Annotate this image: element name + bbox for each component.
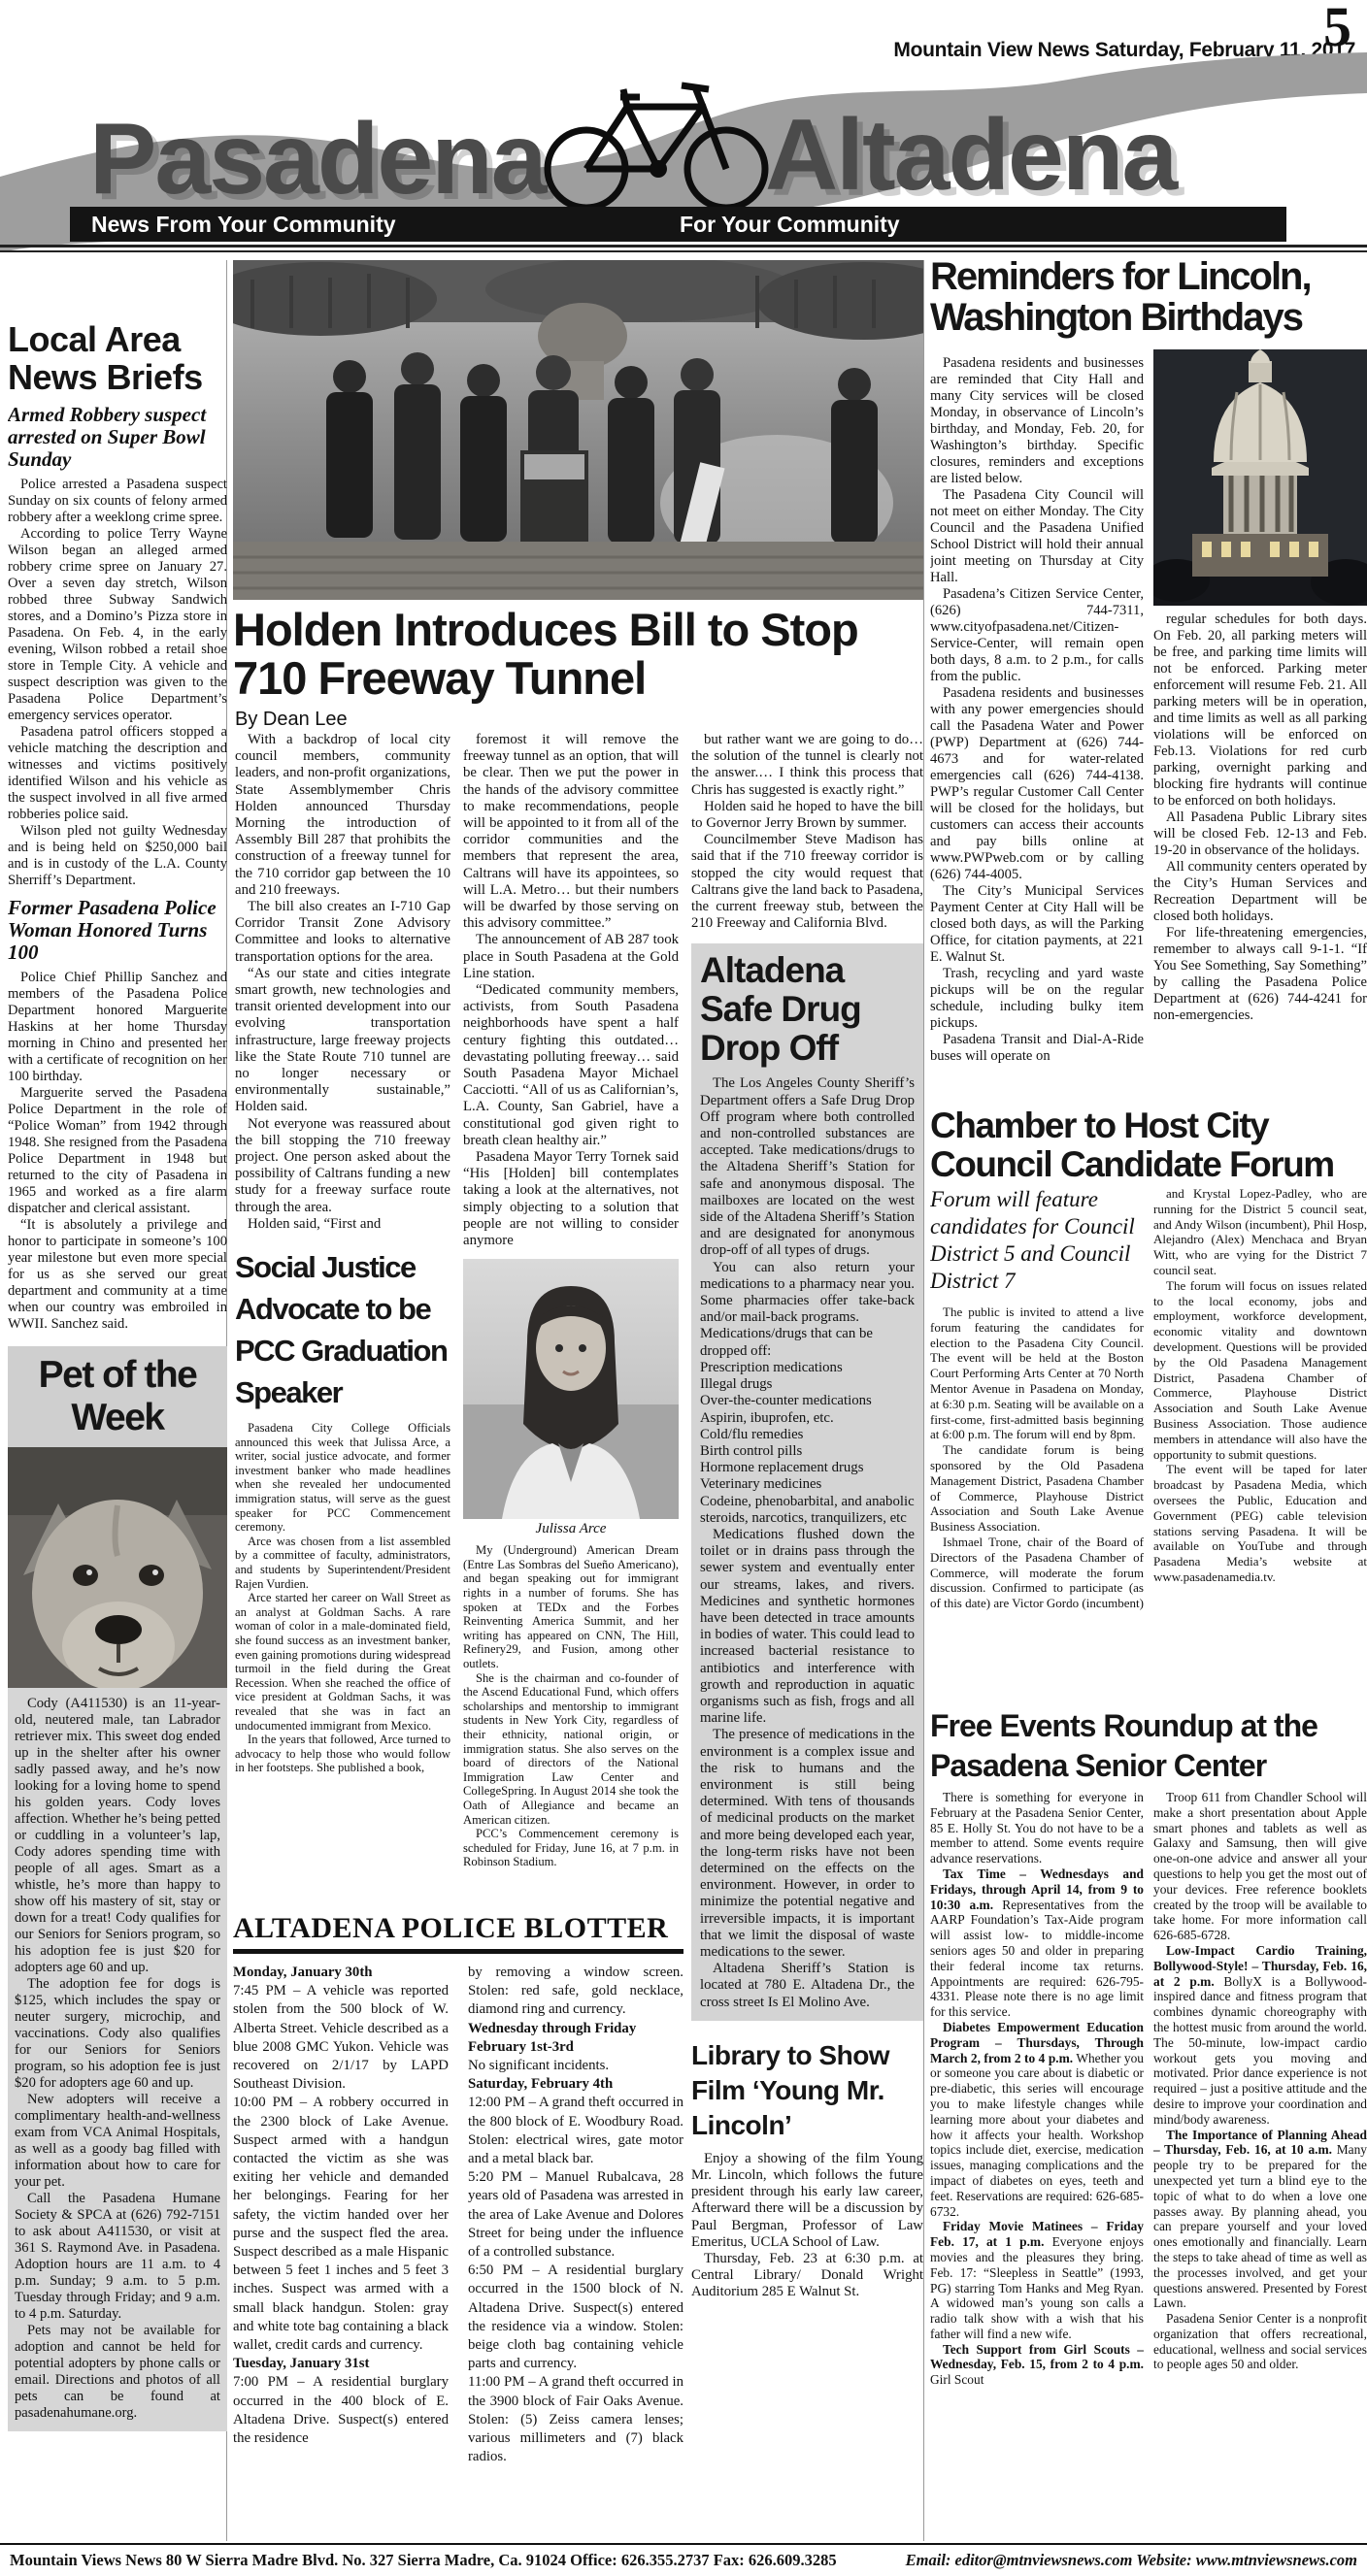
tagline-left: News From Your Community (91, 207, 396, 242)
brief-armed-robbery-text: Police arrested a Pasadena suspect Sunda… (8, 477, 227, 889)
blotter-col1: Monday, January 30th7:45 PM – A vehicle … (233, 1964, 449, 2466)
social-article-title: Social Justice Advocate to be PCC Gradua… (235, 1246, 450, 1413)
press-conference-photo (233, 260, 923, 600)
chamber-col1-text: The public is invited to attend a live f… (930, 1305, 1144, 1611)
brief-subhead-armed-robbery: Armed Robbery suspect arrested on Super … (8, 404, 227, 471)
banner-tagline-bar: News From Your Community For Your Commun… (70, 207, 1286, 242)
chamber-col2-text: and Krystal Lopez-Padley, who are runnin… (1153, 1186, 1367, 1585)
bicycle-icon (540, 60, 773, 215)
julissa-arce-photo (463, 1259, 679, 1519)
banner-title-pasadena: Pasadena (89, 109, 546, 210)
free-events-title: Free Events Roundup at the Pasadena Seni… (930, 1706, 1367, 1786)
footer-address: Mountain Views News 80 W Sierra Madre Bl… (10, 2551, 837, 2570)
police-blotter-title: ALTADENA POLICE BLOTTER (233, 1912, 683, 1954)
banner-divider-rule (0, 245, 1367, 252)
chamber-forum-intro: Forum will feature candidates for Counci… (930, 1186, 1144, 1295)
free-events-col1: There is something for everyone in Febru… (930, 1790, 1144, 2541)
page-footer: Mountain Views News 80 W Sierra Madre Bl… (0, 2543, 1367, 2576)
chamber-col2: and Krystal Lopez-Padley, who are runnin… (1153, 1186, 1367, 1701)
drug-dropoff-box: Altadena Safe Drug Drop Off The Los Ange… (691, 943, 923, 2020)
chamber-forum-title: Chamber to Host City Council Candidate F… (930, 1106, 1367, 1184)
footer-contact: Email: editor@mtnviewsnews.com Website: … (906, 2551, 1357, 2570)
drug-dropoff-title: Altadena Safe Drug Drop Off (700, 951, 915, 1068)
reminders-col1: Pasadena residents and businesses are re… (930, 355, 1144, 1099)
holden-col1-text: With a backdrop of local city council me… (235, 732, 450, 1233)
banner-title-altadena: Altadena (765, 105, 1176, 206)
local-briefs-title: Local Area News Briefs (8, 260, 227, 396)
holden-column-2: foremost it will remove the freeway tunn… (463, 732, 679, 1908)
police-blotter: ALTADENA POLICE BLOTTER Monday, January … (233, 1912, 683, 2541)
holden-column-1: With a backdrop of local city council me… (235, 732, 450, 1908)
julissa-arce-caption: Julissa Arce (463, 1521, 679, 1537)
brief-policewoman-text: Police Chief Phillip Sanchez and members… (8, 970, 227, 1333)
holden-article-title: Holden Introduces Bill to Stop 710 Freew… (233, 606, 915, 703)
free-events-col2: Troop 611 from Chandler School will make… (1153, 1790, 1367, 2541)
reminders-col2-text: regular schedules for both days. On Feb.… (1153, 611, 1367, 1024)
holden-byline: By Dean Lee (235, 709, 348, 731)
pet-of-week-text: Cody (A411530) is an 11-year-old, neuter… (8, 1688, 227, 2431)
newspaper-page: 5 Mountain View News Saturday, February … (0, 0, 1367, 2576)
blotter-col2: by removing a window screen. Stolen: red… (468, 1964, 683, 2466)
reminders-col1-text: Pasadena residents and businesses are re… (930, 355, 1144, 1065)
chamber-col1: Forum will feature candidates for Counci… (930, 1186, 1144, 1701)
pet-of-week-title: Pet of the Week (8, 1346, 227, 1447)
library-film-text: Enjoy a showing of the film Young Mr. Li… (691, 2151, 923, 2301)
holden-col2-text: foremost it will remove the freeway tunn… (463, 732, 679, 1249)
social-col2-text: My (Underground) American Dream (Entre L… (463, 1543, 679, 1869)
brief-subhead-policewoman: Former Pasadena Police Woman Honored Tur… (8, 897, 227, 964)
left-column: Local Area News Briefs Armed Robbery sus… (8, 260, 227, 2543)
column-divider-right (923, 260, 924, 2541)
social-col1-text: Pasadena City College Officials announce… (235, 1421, 450, 1775)
free-events-col1-text: There is something for everyone in Febru… (930, 1790, 1144, 2388)
center-section: Holden Introduces Bill to Stop 710 Freew… (233, 260, 923, 2543)
free-events-col2-text: Troop 611 from Chandler School will make… (1153, 1790, 1367, 2372)
tagline-right: For Your Community (680, 207, 900, 242)
right-section: Reminders for Lincoln, Washington Birthd… (930, 260, 1367, 2543)
dog-photo (8, 1447, 227, 1688)
library-film-title: Library to Show Film ‘Young Mr. Lincoln’ (691, 2038, 923, 2143)
holden-column-3: but rather want we are going to do… the … (691, 732, 923, 2543)
reminders-col2: regular schedules for both days. On Feb.… (1153, 349, 1367, 1099)
reminders-title: Reminders for Lincoln, Washington Birthd… (930, 256, 1367, 338)
city-hall-photo (1153, 349, 1367, 606)
holden-col3-text: but rather want we are going to do… the … (691, 732, 923, 932)
drug-dropoff-text: The Los Angeles County Sheriff’s Departm… (700, 1075, 915, 2010)
